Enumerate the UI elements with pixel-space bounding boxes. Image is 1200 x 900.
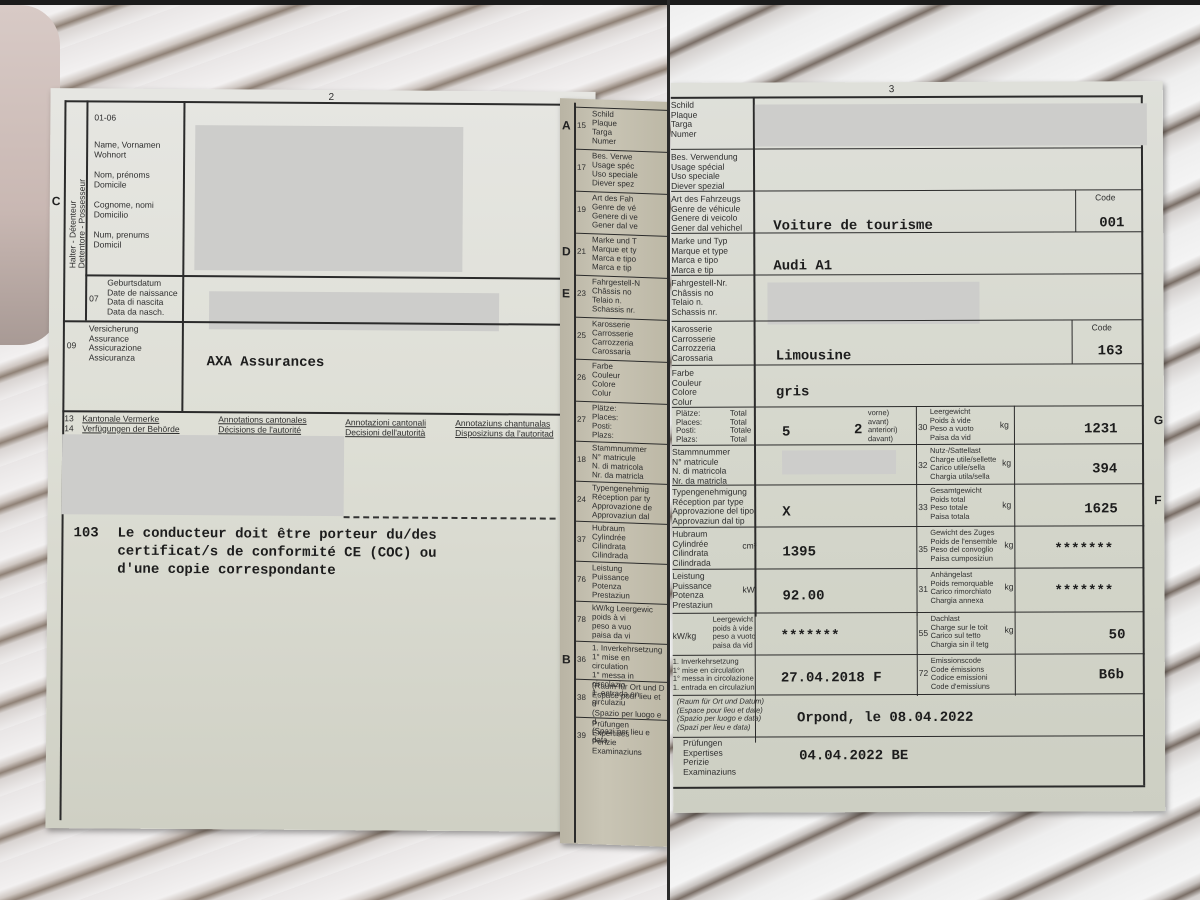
cantonal-notes-redacted (62, 434, 345, 516)
strip-row-label: Prüfungen Expertises Perizie Examinaziun… (592, 719, 642, 757)
power-weight-prefix: kW/kg (673, 631, 697, 641)
strip-row-number: 26 (577, 373, 586, 382)
strip-row: 78kW/kg Leergewic poids à vi peso a vuo … (560, 600, 667, 644)
seats-total-label: Total Total Totale Total (730, 410, 751, 444)
plate-label: Schild Plaque Targa Numer (671, 101, 698, 139)
type-approval-value: X (782, 504, 790, 520)
strip-row-number: 37 (577, 535, 586, 544)
frame-right (1141, 95, 1145, 785)
cantonal-notes-de: Kantonale Vermerke Verfügungen der Behör… (82, 414, 179, 434)
row-line (672, 525, 1144, 528)
emission-value: B6b (1099, 667, 1124, 683)
row-line (672, 443, 1144, 446)
first-registration-label: 1. Inverkehrsetzung 1° mise en circulati… (673, 658, 755, 692)
field-09-number: 09 (67, 340, 77, 350)
field-01-06-label-rm: Num, prenums Domicil (93, 230, 149, 249)
field-01-06-label-de: Name, Vornamen Wohnort (94, 140, 160, 159)
cantonal-notes-fr: Annotations cantonales Décisions de l'au… (218, 415, 307, 435)
strip-row-number: 27 (577, 415, 586, 424)
dashed-separator (344, 516, 556, 519)
strip-row-label: Stammnummer N° matricule N. di matricola… (592, 443, 647, 481)
vehicle-type-code-label: Code (1095, 193, 1115, 203)
roof-load-number: 55 (919, 628, 929, 638)
code-col-line (1075, 189, 1076, 231)
inspections-value: 04.04.2022 BE (799, 748, 908, 764)
cantonal-notes-it: Annotazioni cantonali Decisioni dell'aut… (345, 418, 426, 438)
strip-section-letter: B (562, 652, 571, 666)
side-letter-g: G (1154, 413, 1163, 427)
strip-row: 19Art des Fah Genre de vé Genere di ve G… (560, 190, 667, 236)
strip-row: 23Fahrgestell-N Châssis no Telaio n. Sch… (560, 274, 667, 320)
power-value: 92.00 (782, 588, 824, 604)
strip-row-label: Plätze: Places: Posti: Plazs: (592, 403, 618, 440)
towable-label: Anhängelast Poids remorquable Carico rim… (930, 571, 993, 605)
insurance-value: AXA Assurances (207, 354, 325, 371)
section-letter-c: C (52, 194, 61, 208)
power-label: Leistung Puissance Potenza Prestaziun (672, 572, 712, 610)
strip-row: 37Hubraum Cylindrée Cilindrata Cilindrad… (560, 520, 667, 564)
label-col-line (753, 97, 756, 617)
emission-label: Emissionscode Code émissions Codice emis… (931, 657, 990, 691)
strip-row-number: 18 (577, 455, 586, 464)
strip-row: 38(Raum für Ort und D Espace pour lieu e… (560, 678, 667, 720)
empty-weight-value: 1231 (1084, 421, 1118, 437)
field-01-06-label-it: Cognome, nomi Domicilio (94, 200, 154, 219)
payload-number: 32 (918, 460, 928, 470)
strip-row-number: 36 (577, 655, 586, 664)
label-col-line (181, 101, 185, 411)
inspections-label: Prüfungen Expertises Perizie Examinaziun… (683, 739, 736, 777)
roof-load-label: Dachlast Charge sur le toit Carico sul t… (931, 615, 989, 649)
total-weight-value: 1625 (1084, 501, 1118, 517)
strip-row: 27Plätze: Places: Posti: Plazs: (560, 400, 667, 444)
strip-row-number: 21 (577, 247, 586, 256)
place-date-label: (Raum für Ort und Datum) (Espace pour li… (677, 698, 764, 732)
strip-section-letter: D (562, 244, 571, 258)
value-col-line (1014, 406, 1016, 696)
vehicle-type-code: 001 (1099, 215, 1124, 231)
strip-row: 39Prüfungen Expertises Perizie Examinazi… (560, 716, 667, 772)
strip-row-number: 17 (577, 163, 586, 172)
train-weight-number: 35 (918, 544, 928, 554)
strip-row-label: Fahrgestell-N Châssis no Telaio n. Schas… (592, 277, 640, 315)
seats-front-value: 2 (854, 422, 862, 438)
body-code: 163 (1098, 343, 1123, 359)
make-model-label: Marke und Typ Marque et type Marca e tip… (671, 237, 728, 275)
field-07-number: 07 (89, 293, 99, 303)
plate-redacted (755, 103, 1147, 146)
strip-row: 24Typengenehmig Réception par ty Approva… (560, 480, 667, 524)
strip-row-number: 38 (577, 693, 586, 702)
remark-103-text: Le conducteur doit être porteur du/des c… (117, 525, 437, 581)
strip-section-letter: E (562, 286, 570, 300)
birthdate-redacted (209, 291, 499, 331)
strip-section-letter: A (562, 118, 571, 132)
seats-total-value: 5 (782, 424, 790, 440)
emission-number: 72 (919, 668, 929, 678)
strip-row-number: 24 (577, 495, 586, 504)
special-use-label: Bes. Verwendung Usage spécial Uso specia… (671, 153, 738, 191)
row-line (671, 147, 1143, 150)
power-weight-label: Leergewicht poids à vide peso a vuoto pa… (713, 616, 756, 650)
strip-rows: 15Schild Plaque Targa NumerA17Bes. Verwe… (560, 98, 667, 102)
field-09-label: Versicherung Assurance Assicurazione Ass… (89, 324, 142, 362)
strip-row-line (574, 107, 667, 111)
train-weight-unit: kg (1004, 540, 1013, 550)
row-line (672, 363, 1144, 366)
towable-value: ******* (1054, 583, 1113, 599)
strip-row-label: Marke und T Marque et ty Marca e tipo Ma… (592, 235, 637, 273)
remark-103-code: 103 (73, 524, 98, 542)
roof-load-unit: kg (1005, 625, 1014, 635)
strip-row-label: Leistung Puissance Potenza Prestaziun (592, 563, 630, 600)
empty-weight-label: Leergewicht Poids à vide Peso a vuoto Pa… (930, 408, 974, 442)
color-value: gris (776, 384, 810, 400)
body-code-label: Code (1092, 323, 1112, 333)
side-letter-f: F (1154, 493, 1161, 507)
strip-row-label: Typengenehmig Réception par ty Approvazi… (592, 483, 652, 521)
roof-load-value: 50 (1109, 627, 1126, 643)
photo-right-page: 3 Schild Plaque Targa Numer Bes. Verwend… (670, 5, 1200, 900)
strip-row: 76Leistung Puissance Potenza Prestaziun (560, 560, 667, 604)
registration-page-2: 2 C Halter - Détenteur Detentore - Posse… (45, 88, 595, 832)
color-label: Farbe Couleur Colore Colur (672, 369, 702, 407)
registration-page-fold-strip: 15Schild Plaque Targa NumerA17Bes. Verwe… (560, 98, 667, 847)
field-01-06-number: 01-06 (94, 112, 116, 122)
vehicle-type-label: Art des Fahrzeugs Genre de véhicule Gene… (671, 195, 742, 233)
row-line (671, 189, 1143, 192)
row-line (672, 567, 1144, 570)
strip-row-number: 19 (577, 205, 586, 214)
strip-row-label: Bes. Verwe Usage spéc Uso speciale Dieve… (592, 151, 638, 189)
seats-front-label: vorne) avant) anteriori) davant) (868, 409, 898, 443)
strip-row: 18Stammnummer N° matricule N. di matrico… (560, 440, 667, 484)
frame-bottom (673, 785, 1145, 788)
holder-name-redacted (194, 125, 463, 272)
train-weight-label: Gewicht des Zuges Poids de l'ensemble Pe… (930, 529, 997, 563)
power-unit: kW (742, 585, 754, 595)
matricule-label: Stammnummer N° matricule N. di matricola… (672, 448, 730, 486)
strip-row-number: 23 (577, 289, 586, 298)
type-approval-label: Typengenehmigung Réception par type Appr… (672, 488, 754, 526)
place-date-value: Orpond, le 08.04.2022 (797, 710, 973, 727)
strip-row: 17Bes. Verwe Usage spéc Uso speciale Die… (560, 148, 667, 194)
strip-row: 26Farbe Couleur Colore Colur (560, 358, 667, 404)
field-07-label: Geburtsdatum Date de naissance Data di n… (107, 279, 178, 317)
strip-row-label: Art des Fah Genre de vé Genere di ve Gen… (592, 193, 638, 231)
strip-row-label: Karosserie Carrosserie Carrozzeria Caros… (592, 319, 633, 356)
strip-row-number: 15 (577, 121, 586, 130)
cantonal-notes-rm: Annotaziuns chantunalas Disposiziuns da … (455, 419, 554, 439)
body-value: Limousine (776, 348, 852, 364)
total-weight-label: Gesamtgewicht Poids total Peso totale Pa… (930, 487, 982, 521)
holder-vertical-label-2: Detentore - Possesseur (76, 179, 87, 268)
field-13-14-numbers: 13 14 (64, 414, 74, 433)
row-line (673, 735, 1145, 738)
strip-row: 25Karosserie Carrosserie Carrozzeria Car… (560, 316, 667, 362)
strip-row-number: 39 (577, 731, 586, 740)
empty-weight-number: 30 (918, 422, 928, 432)
body-label: Karosserie Carrosserie Carrozzeria Caros… (672, 325, 716, 363)
payload-label: Nutz-/Sattellast Charge utile/sellette C… (930, 447, 996, 481)
frame-top (671, 95, 1143, 98)
chassis-redacted (767, 282, 979, 325)
strip-row: 361. Inverkehrsetzung 1° mise en circula… (560, 640, 667, 682)
strip-row: 15Schild Plaque Targa NumerA (560, 106, 667, 152)
row-line (671, 273, 1143, 276)
strip-row-number: 25 (577, 331, 586, 340)
strip-row-label: kW/kg Leergewic poids à vi peso a vuo pa… (592, 603, 653, 641)
empty-weight-unit: kg (1000, 420, 1009, 430)
make-model-value: Audi A1 (773, 258, 832, 274)
power-weight-value: ******* (781, 628, 840, 644)
frame-top (64, 100, 582, 105)
total-weight-number: 33 (918, 502, 928, 512)
seats-label: Plätze: Places: Posti: Plazs: (676, 410, 702, 444)
train-weight-value: ******* (1054, 541, 1113, 557)
displacement-value: 1395 (782, 544, 816, 560)
code-col-line (1072, 319, 1073, 363)
photo-left-page: 2 C Halter - Détenteur Detentore - Posse… (0, 5, 667, 900)
row-line (673, 653, 1145, 656)
strip-row-number: 78 (577, 615, 586, 624)
strip-row-label: Farbe Couleur Colore Colur (592, 361, 620, 398)
towable-unit: kg (1004, 582, 1013, 592)
strip-row-label: Schild Plaque Targa Numer (592, 109, 617, 146)
page-number: 3 (889, 84, 895, 95)
displacement-unit: cm³ (742, 541, 756, 551)
chassis-label: Fahrgestell-Nr. Châssis no Telaio n. Sch… (671, 279, 727, 317)
matricule-redacted (782, 450, 896, 474)
registration-page-3: 3 Schild Plaque Targa Numer Bes. Verwend… (671, 81, 1166, 813)
strip-row-number: 76 (577, 575, 586, 584)
displacement-label: Hubraum Cylindrée Cilindrata Cilindrada (672, 530, 710, 568)
total-weight-unit: kg (1002, 500, 1011, 510)
payload-value: 394 (1092, 461, 1117, 477)
payload-unit: kg (1002, 458, 1011, 468)
towable-number: 31 (918, 584, 928, 594)
field-01-06-label-fr: Nom, prénoms Domicile (94, 170, 150, 189)
first-registration-value: 27.04.2018 F (781, 670, 882, 686)
strip-row: 21Marke und T Marque et ty Marca e tipo … (560, 232, 667, 278)
strip-row-label: Hubraum Cylindrée Cilindrata Cilindrada (592, 523, 628, 560)
